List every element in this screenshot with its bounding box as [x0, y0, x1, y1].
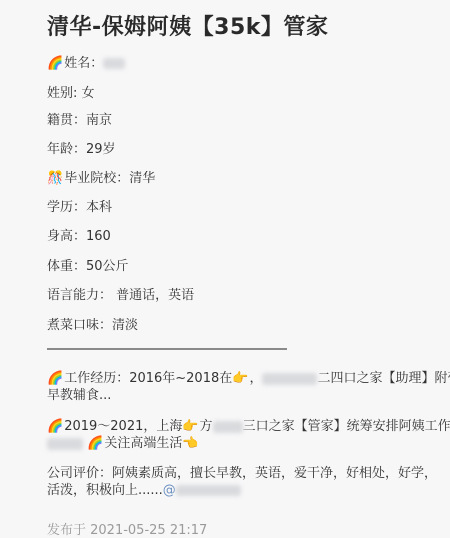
- language-value: 普通话，英语: [112, 288, 194, 303]
- profile-weight: 体重：50公斤: [47, 255, 129, 274]
- profile-school: 🎊毕业院校：清华: [47, 167, 155, 186]
- mention-link[interactable]: @: [163, 483, 176, 498]
- mention-redacted: [176, 485, 241, 496]
- pointing-right-icon: 👉: [232, 371, 248, 386]
- experience-1: 🌈工作经历：2016年~2018在👉，二四口之家【助理】附带一 早教辅食...: [47, 370, 450, 404]
- pointing-right-icon: 👉: [182, 419, 198, 434]
- experience-2-line2: 关注高端生活: [104, 436, 182, 451]
- school-value: 清华: [129, 171, 155, 186]
- height-label: 身高：: [47, 229, 86, 244]
- experience-2-redacted: [213, 421, 243, 433]
- review-line1: 公司评价：阿姨素质高，擅长早教，英语，爱干净，好相处，好学，: [47, 465, 450, 482]
- education-label: 学历：: [47, 200, 86, 215]
- experience-1-text-a: 工作经历：2016年~2018在: [64, 371, 232, 386]
- experience-1-text-c: 二四口之家【助理】附带一: [317, 371, 450, 386]
- school-label: 毕业院校：: [64, 171, 129, 186]
- company-review: 公司评价：阿姨素质高，擅长早教，英语，爱干净，好相处，好学， 活泼，积极向上..…: [47, 465, 450, 499]
- profile-education: 学历：本科: [47, 196, 112, 215]
- name-redacted: [103, 58, 125, 69]
- rainbow-icon: 🌈: [47, 371, 63, 386]
- review-line2: 活泼，积极向上......: [47, 483, 163, 498]
- hometown-value: 南京: [86, 113, 112, 128]
- height-value: 160: [86, 229, 111, 244]
- weight-value: 50公斤: [86, 259, 129, 274]
- publish-timestamp: 发布于 2021-05-25 21:17: [47, 519, 207, 538]
- hometown-label: 籍贯：: [47, 113, 86, 128]
- profile-gender: 姓别: 女: [47, 82, 95, 101]
- post-title: 清华-保姆阿姨【35k】管家: [47, 10, 328, 41]
- experience-1-text-b: ，: [249, 371, 262, 386]
- rainbow-icon: 🌈: [47, 56, 63, 71]
- profile-language: 语言能力： 普通话，英语: [47, 284, 194, 303]
- profile-cooking: 煮菜口味：清淡: [47, 314, 138, 333]
- age-label: 年龄：: [47, 142, 86, 157]
- experience-1-line2: 早教辅食...: [47, 387, 450, 404]
- experience-2-text-a: 2019～2021，上海: [64, 419, 182, 434]
- weight-label: 体重：: [47, 259, 86, 274]
- confetti-icon: 🎊: [47, 171, 63, 186]
- profile-name: 🌈姓名：: [47, 52, 125, 71]
- profile-hometown: 籍贯：南京: [47, 109, 112, 128]
- gender-label: 姓别:: [47, 86, 82, 101]
- experience-1-redacted: [262, 373, 317, 385]
- language-label: 语言能力：: [47, 288, 112, 303]
- education-value: 本科: [86, 200, 112, 215]
- cooking-label: 煮菜口味：: [47, 318, 112, 333]
- rainbow-icon: 🌈: [87, 436, 103, 451]
- pointing-left-icon: 👈: [182, 436, 198, 451]
- experience-2-text-c: 三口之家【管家】统筹安排阿姨工作: [243, 419, 450, 434]
- profile-height: 身高：160: [47, 225, 111, 244]
- profile-age: 年龄：29岁: [47, 138, 116, 157]
- experience-2-text-b: 方: [200, 419, 213, 434]
- cooking-value: 清淡: [112, 318, 138, 333]
- separator-line: [47, 348, 287, 350]
- name-label: 姓名：: [64, 56, 103, 71]
- age-value: 29岁: [86, 142, 116, 157]
- rainbow-icon: 🌈: [47, 419, 63, 434]
- experience-2: 🌈2019～2021，上海👉方三口之家【管家】统筹安排阿姨工作 🌈关注高端生活👈: [47, 418, 450, 452]
- experience-2-redacted-2: [47, 438, 83, 450]
- gender-value: 女: [82, 86, 95, 101]
